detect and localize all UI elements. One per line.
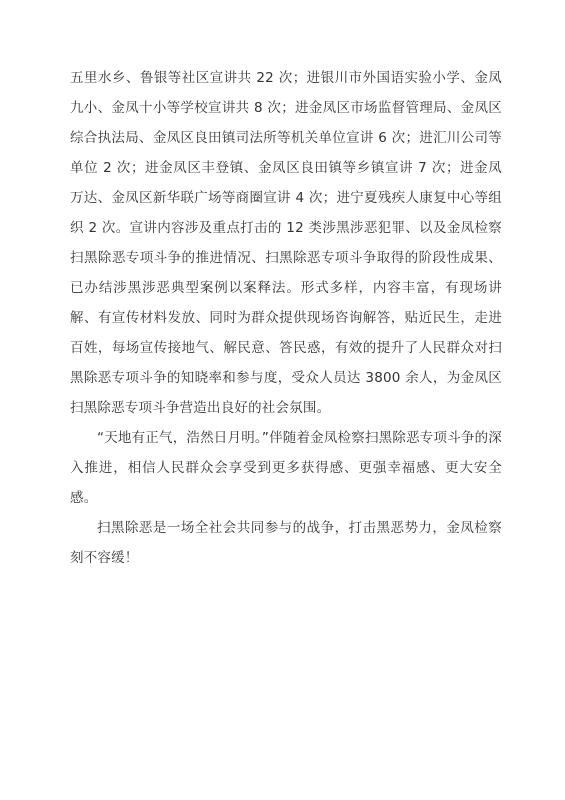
document-page: 五里水乡、鲁银等社区宣讲共 22 次；进银川市外国语实验小学、金凤九小、金凤十小… (0, 0, 565, 800)
document-text-body: 五里水乡、鲁银等社区宣讲共 22 次；进银川市外国语实验小学、金凤九小、金凤十小… (70, 63, 502, 573)
paragraph-continued: 五里水乡、鲁银等社区宣讲共 22 次；进银川市外国语实验小学、金凤九小、金凤十小… (70, 63, 502, 423)
paragraph-closing: 扫黑除恶是一场全社会共同参与的战争，打击黑恶势力，金凤检察刻不容缓！ (70, 513, 502, 573)
paragraph-quote: “天地有正气，浩然日月明。”伴随着金凤检察扫黑除恶专项斗争的深入推进，相信人民群… (70, 423, 502, 513)
